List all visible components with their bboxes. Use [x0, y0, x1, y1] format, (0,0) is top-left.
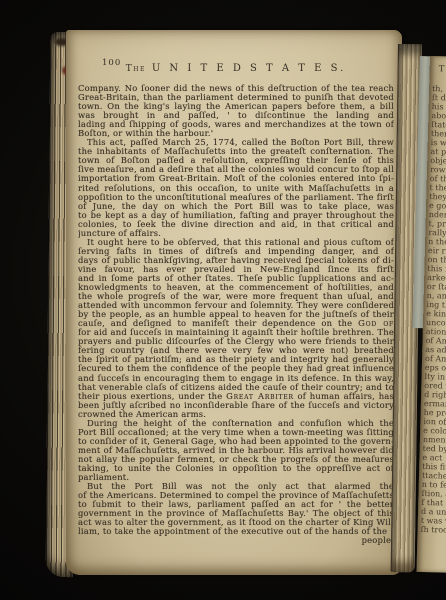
text-line: fering country (and there were very few …	[78, 346, 394, 355]
page-header: 100 TheU N I T E D S T A T E S.	[78, 56, 394, 70]
text-line: importation from Great-Britain. Moſt of …	[78, 174, 394, 183]
text-line: for aid and ſucceſs in maintaining it ag…	[78, 328, 394, 337]
text-line: days of public thankſgiving, after havin…	[78, 256, 394, 265]
book-page: 100 TheU N I T E D S T A T E S. Company.…	[66, 30, 402, 575]
text-line: During the height of the conſternation a…	[78, 419, 394, 428]
text-line: rited reſolutions, on this occaſion, to …	[78, 184, 394, 193]
text-line: crowned the American arms.	[78, 410, 394, 419]
facing-page-header: T	[439, 64, 446, 75]
text-line: It ought here to be obſerved, that this …	[78, 238, 394, 247]
text-line: to ſubmit to their laws, parliament paſſ…	[78, 500, 394, 509]
paragraph: During the height of the conſternation a…	[78, 419, 394, 482]
paragraph: This act, paſſed March 25, 1774, called …	[78, 138, 394, 238]
text-line: government in the province of Maſſachuſe…	[78, 509, 394, 518]
body-text: Company. No ſooner did the news of this …	[78, 84, 394, 545]
running-title: TheU N I T E D S T A T E S.	[78, 56, 394, 75]
small-caps-text: Great Arbiter	[226, 392, 294, 401]
text-line: been juſtly aſcribed no inconſiderable ſ…	[78, 401, 394, 410]
text-line: and in ſome parts of other ſtates. Theſe…	[78, 274, 394, 283]
text-line: But the Port Bill was not the only act t…	[78, 482, 394, 491]
text-line: lading and ſhipping of goods, wares and …	[78, 120, 394, 129]
text-line: Boſton, or within the harbour.'	[78, 129, 394, 138]
text-line: Great-Britain, than the parliament deter…	[78, 93, 394, 102]
text-line: not allay the popular ferment, or check …	[78, 455, 394, 464]
text-line: cauſe, and deſigned to manifeſt their de…	[78, 319, 394, 328]
text-line: the inhabitants of Maſſachuſetts into th…	[78, 147, 394, 156]
text-line: prayers and public diſcourſes of the Cle…	[78, 337, 394, 346]
text-line: to conſider of it, General Gage, who had…	[78, 437, 394, 446]
text-line: the ſpirit of patriotiſm; and as their p…	[78, 355, 394, 364]
text-line: knowledgments to heaven, at the commence…	[78, 283, 394, 292]
catchword: people,	[78, 536, 394, 545]
paragraph: But the Port Bill was not the only act t…	[78, 482, 394, 536]
text-line: and ſucceſs in encouraging them to engag…	[78, 374, 394, 383]
text-line: of June, the day on which the Port Bill …	[78, 202, 394, 211]
running-title-main: U N I T E D S T A T E S.	[152, 63, 346, 74]
text-line: ſive meaſure, and a deſire that all the …	[78, 165, 394, 174]
paragraph: It ought here to be obſerved, that this …	[78, 238, 394, 419]
text-line: of the Americans. Determined to compel t…	[78, 491, 394, 500]
text-line: to be kept as a day of humiliation, faſt…	[78, 211, 394, 220]
text-line: was brought in and paſſed, ' to diſconti…	[78, 111, 394, 120]
text-line: town of Boſton paſſed a reſolution, expr…	[78, 156, 394, 165]
running-title-the: The	[126, 64, 146, 74]
text-line: parliament.	[78, 473, 394, 482]
text-line: liam, to take the appointment of the exe…	[78, 527, 394, 536]
text-line: act was to alter the government, as it ſ…	[78, 518, 394, 527]
text-line: ment of Maſſachuſetts, arrived in the ha…	[78, 446, 394, 455]
text-line: town. On the king's laying the American …	[78, 102, 394, 111]
text-line: the whole progreſs of the war, were more…	[78, 292, 394, 301]
paragraph: Company. No ſooner did the news of this …	[78, 84, 394, 138]
text-line: oppoſition to the unconſtitutional meaſu…	[78, 193, 394, 202]
text-line: This act, paſſed March 25, 1774, called …	[78, 138, 394, 147]
text-line: that venerable claſs of citizens aided t…	[78, 383, 394, 392]
text-line: juncture of affairs.	[78, 229, 394, 238]
text-line: attended with uncommon fervour and ſolem…	[78, 301, 394, 310]
photo-background: 100 TheU N I T E D S T A T E S. Company.…	[0, 0, 446, 600]
text-line: taking, to unite the Colonies in oppoſit…	[78, 464, 394, 473]
text-line: colonies, to ſeek the divine direction a…	[78, 220, 394, 229]
text-line: ſh troops	[420, 525, 446, 535]
text-line: Company. No ſooner did the news of this …	[78, 84, 394, 93]
small-caps-text: God of Hosts	[78, 319, 394, 328]
text-line: their pious exertions, under the Great A…	[78, 392, 394, 401]
text-line: ſerving faſts in times of diſtreſs and i…	[78, 247, 394, 256]
paragraphs: Company. No ſooner did the news of this …	[78, 84, 394, 536]
text-line: vine favour, has ever prevailed in New-E…	[78, 265, 394, 274]
text-line: by the people, as an humble appeal to he…	[78, 310, 394, 319]
text-line: Port Bill occaſioned; at the very time w…	[78, 428, 394, 437]
text-line: ſecured to them the confidence of the pe…	[78, 364, 394, 373]
